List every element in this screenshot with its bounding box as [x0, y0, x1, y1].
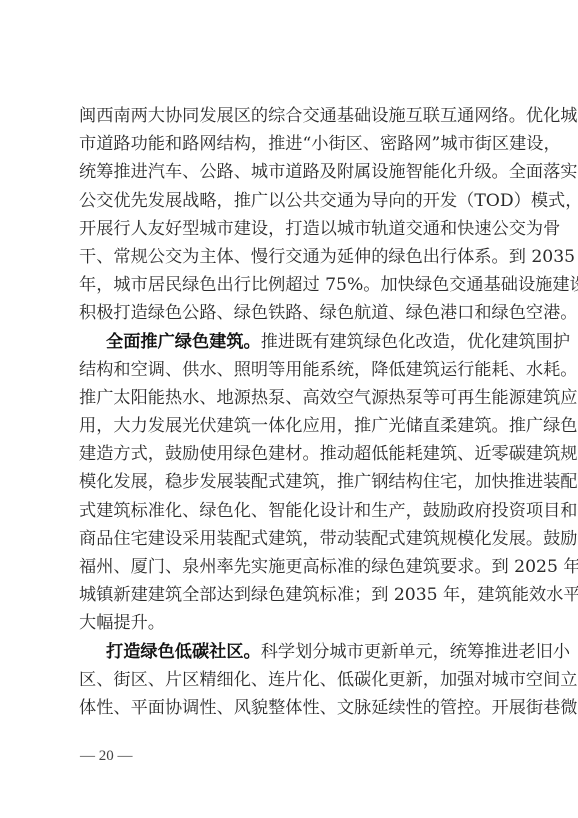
document-page: 闽西南两大协同发展区的综合交通基础设施互联互通网络。优化城 市道路功能和路网结构…	[0, 0, 578, 818]
text-line: 福州、厦门、泉州率先实施更高标准的绿色建筑要求。到 2025 年，	[79, 553, 511, 581]
text-line: 年，城市居民绿色出行比例超过 75%。加快绿色交通基础设施建设，	[79, 271, 511, 299]
text-line: 式建筑标准化、绿色化、智能化设计和生产，鼓励政府投资项目和	[79, 497, 511, 525]
text-line: 大幅提升。	[79, 609, 511, 637]
text-line: 区、街区、片区精细化、连片化、低碳化更新，加强对城市空间立	[79, 666, 511, 694]
text-run: 科学划分城市更新单元，统筹推进老旧小	[261, 642, 570, 662]
paragraph-first-line: 全面推广绿色建筑。推进既有建筑绿色化改造，优化建筑围护	[79, 328, 511, 356]
text-line: 市道路功能和路网结构，推进“小街区、密路网”城市街区建设，	[79, 130, 511, 158]
text-line: 闽西南两大协同发展区的综合交通基础设施互联互通网络。优化城	[79, 102, 511, 130]
text-line: 公交优先发展战略，推广以公共交通为导向的开发（TOD）模式，	[79, 187, 511, 215]
section-heading-green-buildings: 全面推广绿色建筑。	[106, 332, 261, 352]
page-number: — 20 —	[80, 746, 133, 766]
text-line: 推广太阳能热水、地源热泵、高效空气源热泵等可再生能源建筑应	[79, 384, 511, 412]
text-line: 建造方式，鼓励使用绿色建材。推动超低能耗建筑、近零碳建筑规	[79, 440, 511, 468]
text-run: 推进既有建筑绿色化改造，优化建筑围护	[261, 332, 570, 352]
text-line: 城镇新建建筑全部达到绿色建筑标准；到 2035 年，建筑能效水平	[79, 581, 511, 609]
body-text: 闽西南两大协同发展区的综合交通基础设施互联互通网络。优化城 市道路功能和路网结构…	[79, 102, 511, 722]
text-line: 结构和空调、供水、照明等用能系统，降低建筑运行能耗、水耗。	[79, 356, 511, 384]
text-line: 干、常规公交为主体、慢行交通为延伸的绿色出行体系。到 2035	[79, 243, 511, 271]
text-line: 开展行人友好型城市建设，打造以城市轨道交通和快速公交为骨	[79, 215, 511, 243]
paragraph-first-line: 打造绿色低碳社区。科学划分城市更新单元，统筹推进老旧小	[79, 638, 511, 666]
text-line: 商品住宅建设采用装配式建筑，带动装配式建筑规模化发展。鼓励	[79, 525, 511, 553]
text-line: 体性、平面协调性、风貌整体性、文脉延续性的管控。开展街巷微	[79, 694, 511, 722]
section-heading-low-carbon-communities: 打造绿色低碳社区。	[106, 642, 261, 662]
text-line: 用，大力发展光伏建筑一体化应用，推广光储直柔建筑。推广绿色	[79, 412, 511, 440]
text-line: 模化发展，稳步发展装配式建筑，推广钢结构住宅，加快推进装配	[79, 468, 511, 496]
text-line: 统筹推进汽车、公路、城市道路及附属设施智能化升级。全面落实	[79, 158, 511, 186]
text-line: 积极打造绿色公路、绿色铁路、绿色航道、绿色港口和绿色空港。	[79, 299, 511, 327]
